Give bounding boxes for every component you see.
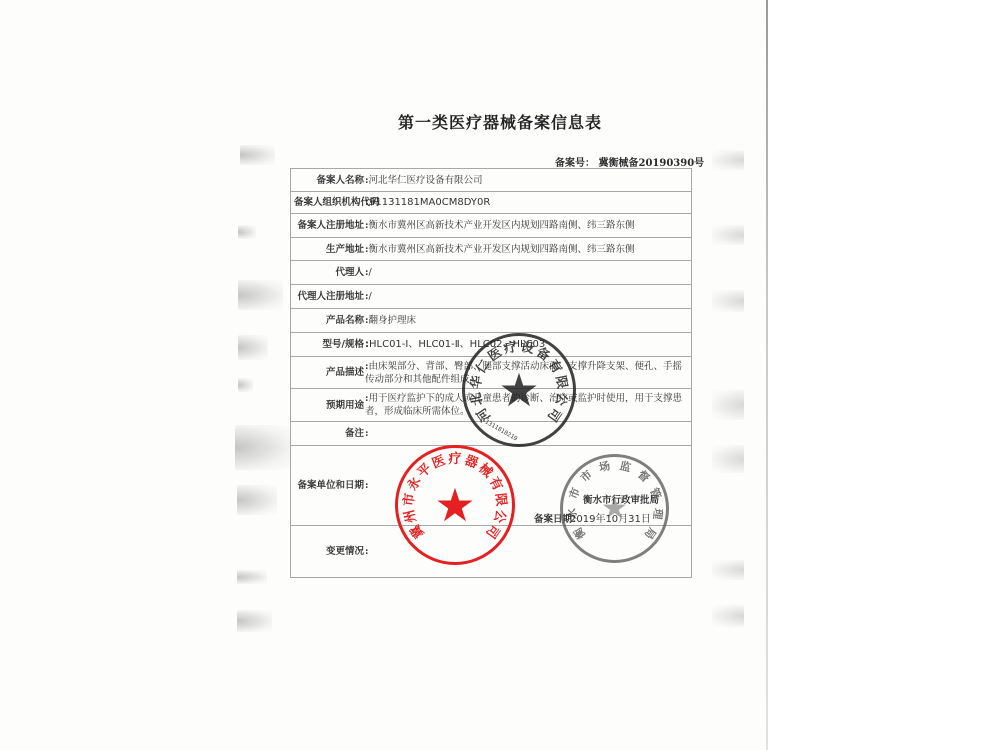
scan-smudge [238,335,268,360]
filing-number: 备案号： 冀衡械备20190390号 [555,154,704,169]
row-label: 代理人注册地址 [291,285,365,309]
scan-smudge [238,225,256,239]
scan-smudge [712,150,744,170]
row-label: 备案人注册地址 [291,214,365,238]
row-value: :衡水市冀州区高新技术产业开发区内规划四路南侧、纬三路东侧 [364,238,692,261]
table-row-product-name: 产品名称 :翻身护理床 [291,309,692,333]
row-value: :衡水市冀州区高新技术产业开发区内规划四路南侧、纬三路东侧 [364,214,692,238]
red-company-seal-stamp: 冀州市永平医疗器械有限公司 ★ [395,445,515,565]
scan-smudge [712,290,744,312]
table-row-filer-name: 备案人名称 :河北华仁医疗设备有限公司 [291,169,692,192]
table-row-agent-address: 代理人注册地址 :/ [291,285,692,309]
authority-seal-stamp: 衡水市市场监督管理局 ★ [560,454,669,563]
row-label: 产品描述 [291,357,365,389]
scan-smudge [238,280,283,310]
row-label: 备案人组织机构代码 [291,192,365,214]
row-label: 预期用途 [291,389,365,422]
scan-smudge [237,485,277,515]
row-label: 备案人名称 [291,169,365,192]
scan-smudge [712,225,744,245]
table-row-production-address: 生产地址 :衡水市冀州区高新技术产业开发区内规划四路南侧、纬三路东侧 [291,238,692,261]
row-value: :河北华仁医疗设备有限公司 [364,169,692,192]
scan-smudge [235,425,290,470]
table-row-registered-address: 备案人注册地址 :衡水市冀州区高新技术产业开发区内规划四路南侧、纬三路东侧 [291,214,692,238]
scan-smudge [238,378,253,392]
row-label: 变更情况 [291,526,365,578]
table-row-org-code: 备案人组织机构代码 :91131181MA0CM8DY0R [291,192,692,214]
row-value: :/ [364,285,692,309]
star-icon: ★ [434,482,475,528]
row-label: 备注 [291,422,365,446]
row-label: 备案单位和日期 [291,446,365,526]
row-label: 代理人 [291,261,365,285]
scan-smudge [712,605,744,627]
scan-smudge [712,445,744,473]
document-title: 第一类医疗器械备案信息表 [380,110,620,133]
star-icon: ★ [601,494,628,524]
scan-smudge [712,390,744,420]
table-row-agent: 代理人 :/ [291,261,692,285]
scan-edge [766,0,768,750]
row-value: :/ [364,261,692,285]
row-value: :翻身护理床 [364,309,692,333]
row-label: 型号/规格 [291,333,365,357]
row-label: 产品名称 [291,309,365,333]
scan-smudge [712,560,744,580]
scan-smudge [240,145,275,165]
row-label: 生产地址 [291,238,365,261]
scan-smudge [237,570,267,584]
company-seal-stamp: 河北华仁医疗设备有限公司 ★ 1311810219 [462,333,576,447]
row-value: :91131181MA0CM8DY0R [364,192,692,214]
scan-smudge [237,610,272,632]
star-icon: ★ [498,367,539,413]
